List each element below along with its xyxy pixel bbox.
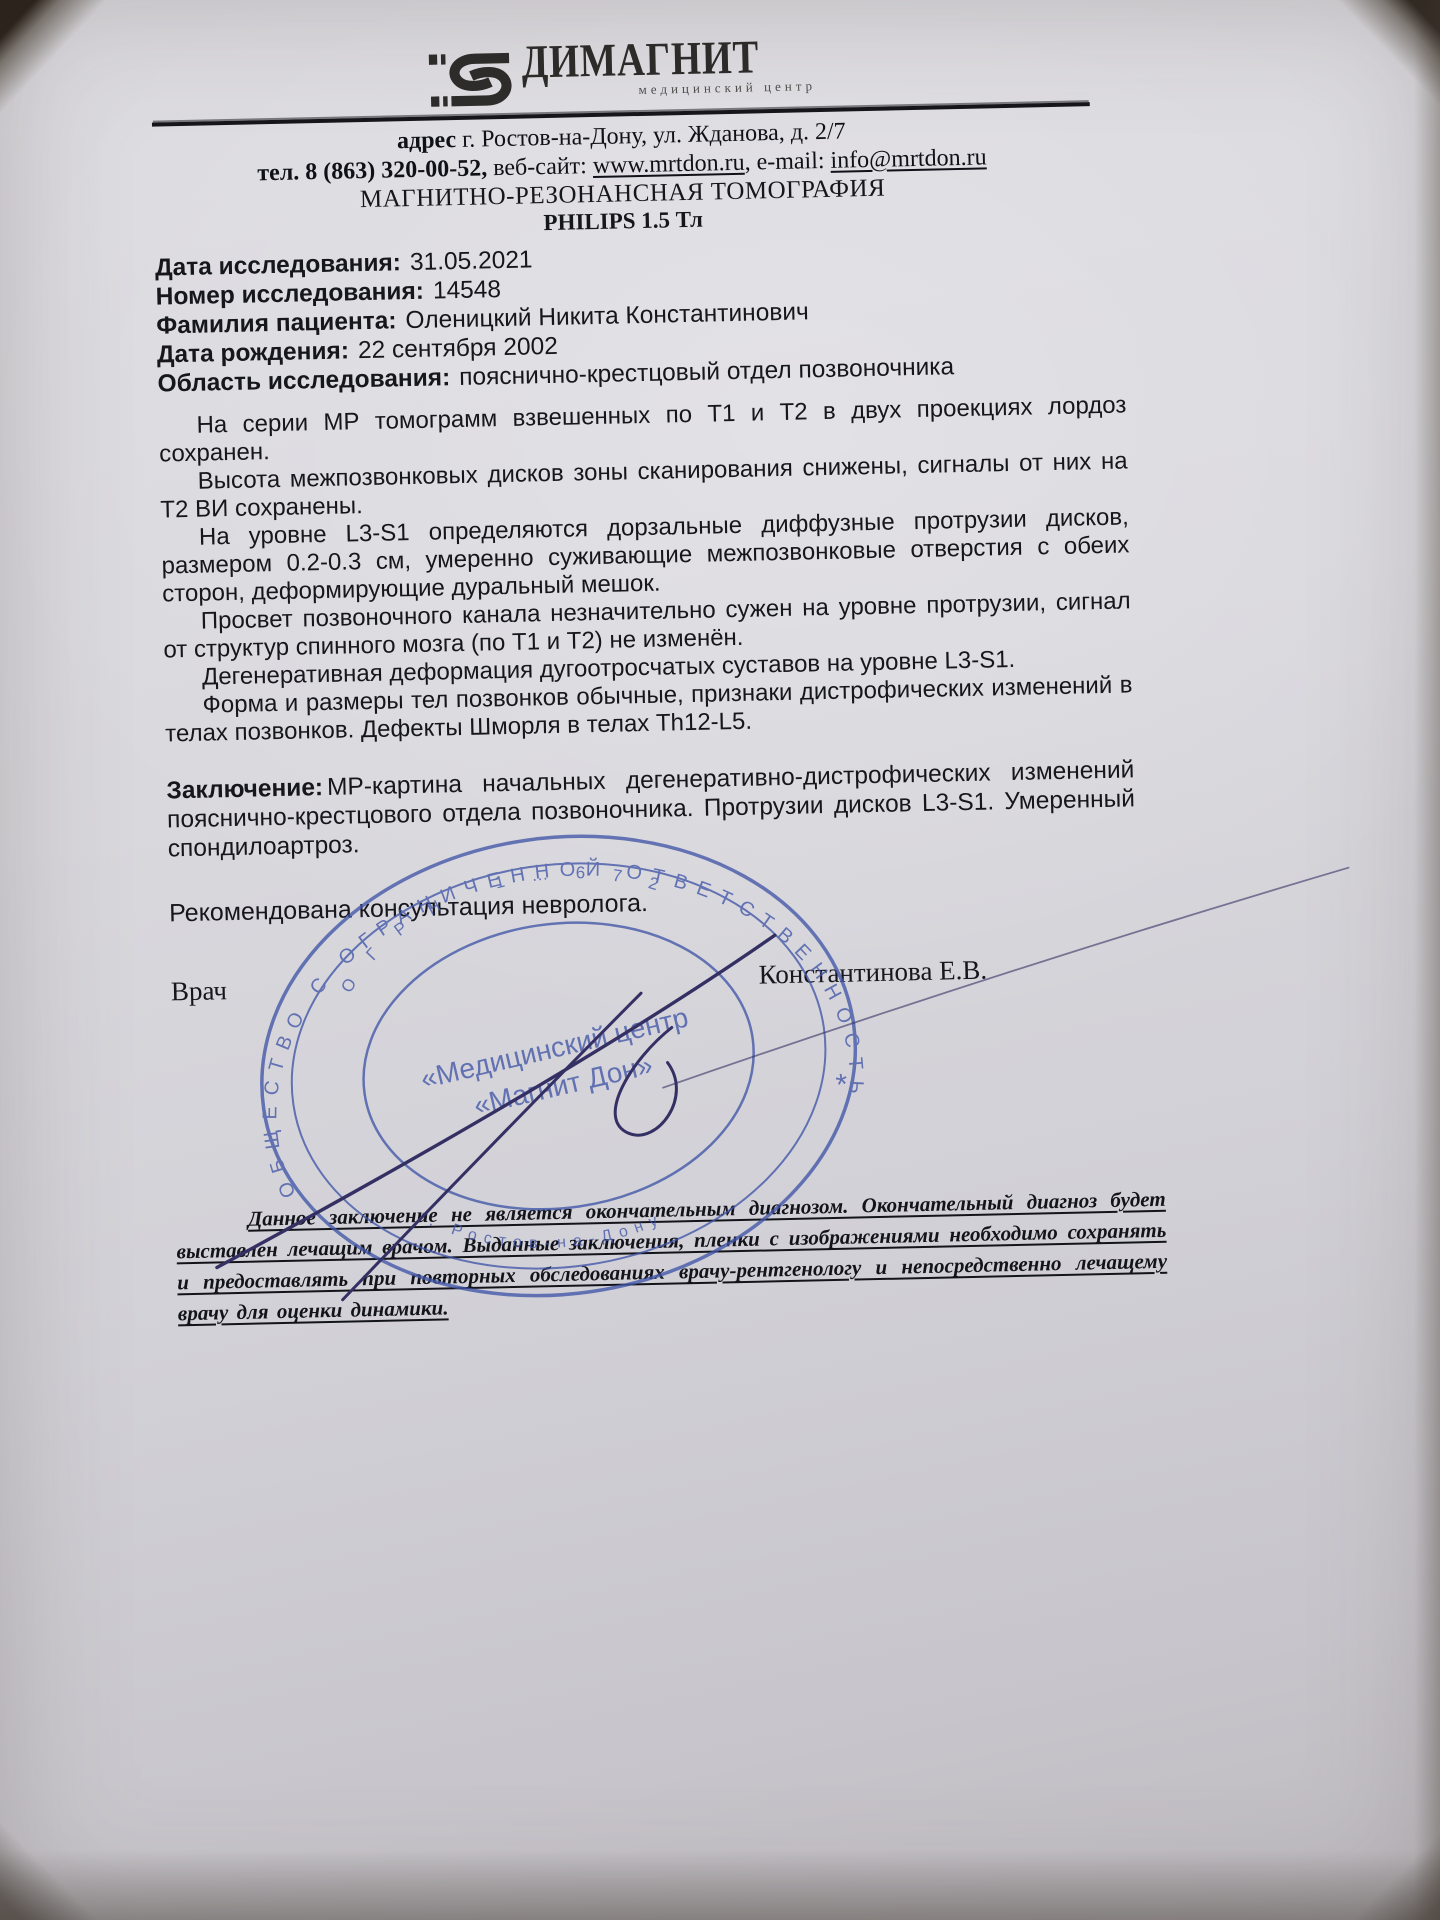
- logo-text-block: ДИМАГНИТ медицинский центр: [521, 32, 812, 100]
- report-header: ДИМАГНИТ медицинский центр адрес г. Рост…: [150, 26, 1092, 244]
- address-label: адрес: [397, 127, 457, 154]
- magnet-logo-icon: [427, 43, 512, 111]
- field-value: 14548: [433, 276, 502, 304]
- document-photo: ДИМАГНИТ медицинский центр адрес г. Рост…: [0, 0, 1440, 1920]
- doctor-signature: [198, 852, 1368, 1367]
- website-link: www.mrtdon.ru: [593, 150, 745, 179]
- field-label: Область исследования:: [157, 364, 450, 397]
- report-findings: На серии МР томограмм взвешенных по Т1 и…: [158, 391, 1133, 748]
- study-fields: Дата исследования:31.05.2021 Номер иссле…: [155, 232, 1148, 399]
- field-value: 22 сентября 2002: [358, 333, 558, 364]
- phone-number: тел. 8 (863) 320-00-52,: [257, 155, 487, 186]
- field-label: Фамилия пациента:: [156, 307, 397, 339]
- email-link: info@mrtdon.ru: [830, 144, 987, 173]
- email-prefix: , e-mail:: [744, 148, 831, 176]
- field-label: Дата рождения:: [157, 337, 350, 368]
- logo-title: ДИМАГНИТ: [521, 33, 759, 86]
- conclusion-label: Заключение:: [166, 774, 323, 804]
- field-label: Дата исследования:: [155, 249, 401, 281]
- field-value: 31.05.2021: [410, 246, 533, 276]
- website-prefix: веб-сайт:: [487, 153, 593, 181]
- report-content: ДИМАГНИТ медицинский центр адрес г. Рост…: [150, 17, 1168, 1329]
